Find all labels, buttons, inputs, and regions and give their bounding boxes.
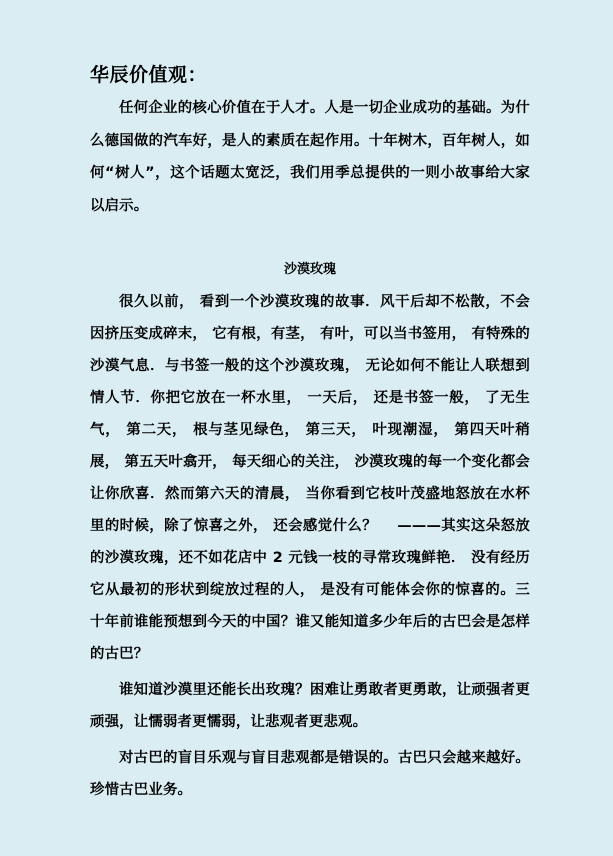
document-heading: 华辰价值观： <box>90 62 530 88</box>
document-page: 华辰价值观： 任何企业的核心价值在于人才。人是一切企业成功的基础。为什么德国做的… <box>90 62 530 806</box>
story-paragraph-2: 谁知道沙漠里还能长出玫瑰？困难让勇敢者更勇敢，让顽强者更顽强，让懦弱者更懦弱，让… <box>90 674 530 738</box>
story-title: 沙漠玫瑰 <box>90 260 530 280</box>
story-paragraph-1: 很久以前， 看到一个沙漠玫瑰的故事．风干后却不松散，不会因挤压变成碎末， 它有根… <box>90 286 530 670</box>
intro-paragraph: 任何企业的核心价值在于人才。人是一切企业成功的基础。为什么德国做的汽车好，是人的… <box>90 92 530 222</box>
story-paragraph-3: 对古巴的盲目乐观与盲目悲观都是错误的。古巴只会越来越好。珍惜古巴业务。 <box>90 742 530 806</box>
